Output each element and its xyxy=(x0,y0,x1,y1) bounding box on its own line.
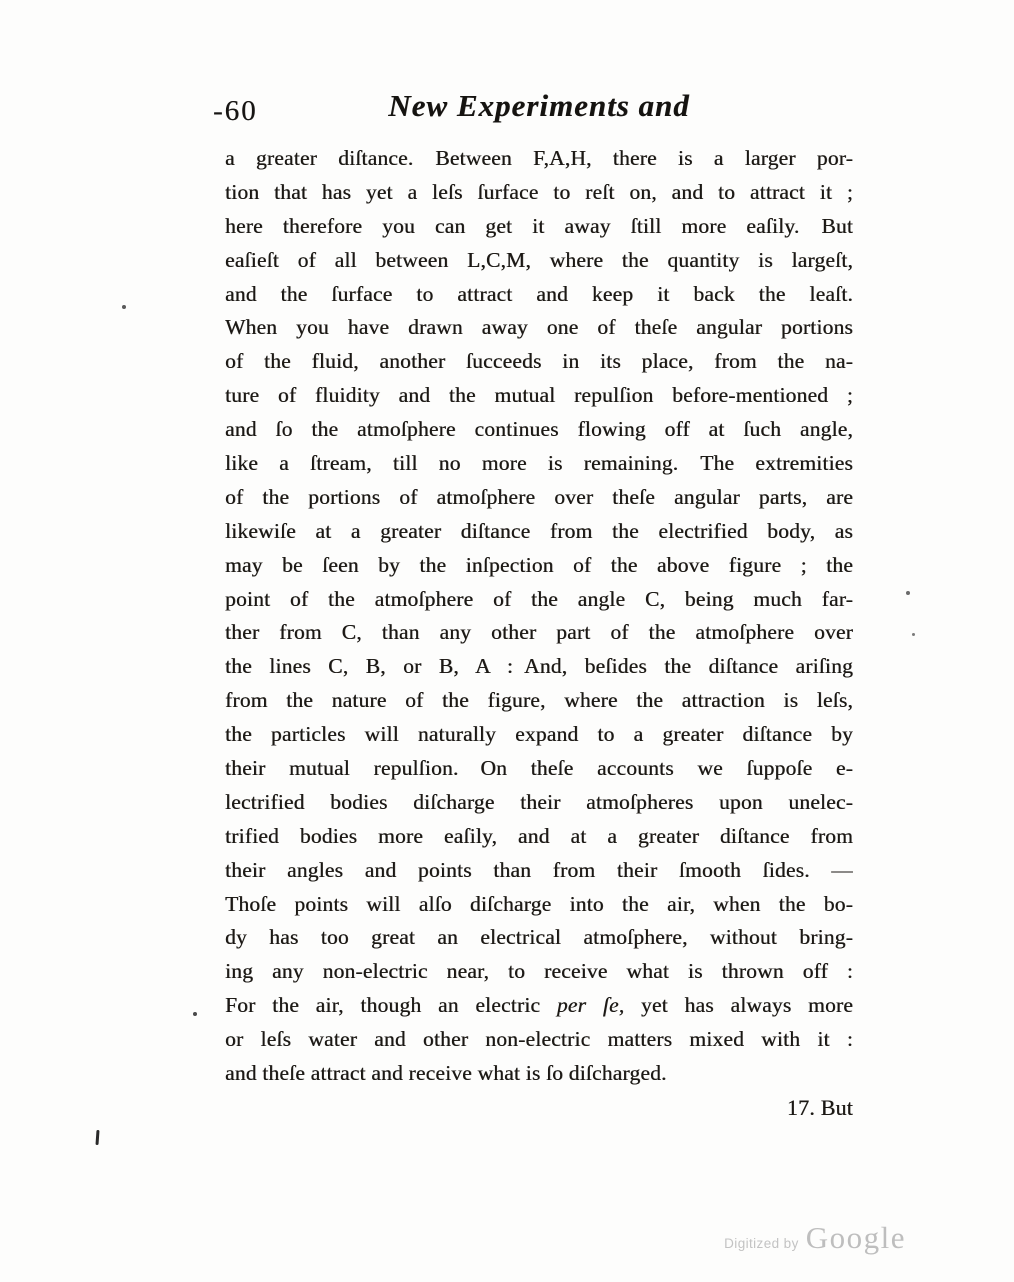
catchword: 17. But xyxy=(225,1091,853,1125)
text-line: their angles and points than from their … xyxy=(225,854,853,888)
text-line: likewiſe at a greater diſtance from the … xyxy=(225,515,853,549)
text-line: a greater diſtance. Between F,A,H, there… xyxy=(225,142,853,176)
google-watermark: Digitized by Google xyxy=(724,1220,906,1256)
text-line: tion that has yet a leſs ſurface to reſt… xyxy=(225,176,853,210)
text-line: point of the atmoſphere of the angle C, … xyxy=(225,583,853,617)
text-line: ing any non-electric near, to receive wh… xyxy=(225,955,853,989)
text-line: from the nature of the figure, where the… xyxy=(225,684,853,718)
text-line: of the portions of atmoſphere over theſe… xyxy=(225,481,853,515)
text-line: their mutual repulſion. On theſe account… xyxy=(225,752,853,786)
text-line: of the fluid, another ſucceeds in its pl… xyxy=(225,345,853,379)
scan-speckle xyxy=(122,305,126,309)
text-line: ther from C, than any other part of the … xyxy=(225,616,853,650)
text-line: the lines C, B, or B, A : And, beſides t… xyxy=(225,650,853,684)
scan-speckle xyxy=(906,591,910,595)
text-line: or leſs water and other non-electric mat… xyxy=(225,1023,853,1057)
running-header: New Experiments and xyxy=(225,88,853,124)
text-line: trified bodies more eaſily, and at a gre… xyxy=(225,820,853,854)
text-line-with-latin-phrase: For the air, though an electric per ſe, … xyxy=(225,989,853,1023)
text-line: lectrified bodies diſcharge their atmoſp… xyxy=(225,786,853,820)
text-line: may be ſeen by the inſpection of the abo… xyxy=(225,549,853,583)
text-line: and theſe attract and receive what is ſo… xyxy=(225,1057,853,1091)
latin-phrase-italic: per ſe, xyxy=(557,993,624,1017)
text-line: like a ſtream, till no more is remaining… xyxy=(225,447,853,481)
text-line: eaſieſt of all between L,C,M, where the … xyxy=(225,244,853,278)
google-logo: Google xyxy=(806,1220,906,1256)
scan-speckle xyxy=(912,633,915,636)
scan-speckle xyxy=(193,1012,197,1016)
text-line: here therefore you can get it away ſtill… xyxy=(225,210,853,244)
scan-speckle xyxy=(95,1130,99,1145)
book-page: -60 New Experiments and a greater diſtan… xyxy=(0,0,1014,1282)
text-segment: For the air, though an electric xyxy=(225,993,557,1017)
text-line: When you have drawn away one of theſe an… xyxy=(225,311,853,345)
text-line: Thoſe points will alſo diſcharge into th… xyxy=(225,888,853,922)
text-line: the particles will naturally expand to a… xyxy=(225,718,853,752)
watermark-prefix: Digitized by xyxy=(724,1236,799,1251)
text-line: and ſo the atmoſphere continues flowing … xyxy=(225,413,853,447)
body-text: a greater diſtance. Between F,A,H, there… xyxy=(225,142,853,1125)
text-line: ture of fluidity and the mutual repulſio… xyxy=(225,379,853,413)
text-line: and the ſurface to attract and keep it b… xyxy=(225,278,853,312)
text-segment: yet has always more xyxy=(624,993,853,1017)
text-line: dy has too great an electrical atmoſpher… xyxy=(225,921,853,955)
